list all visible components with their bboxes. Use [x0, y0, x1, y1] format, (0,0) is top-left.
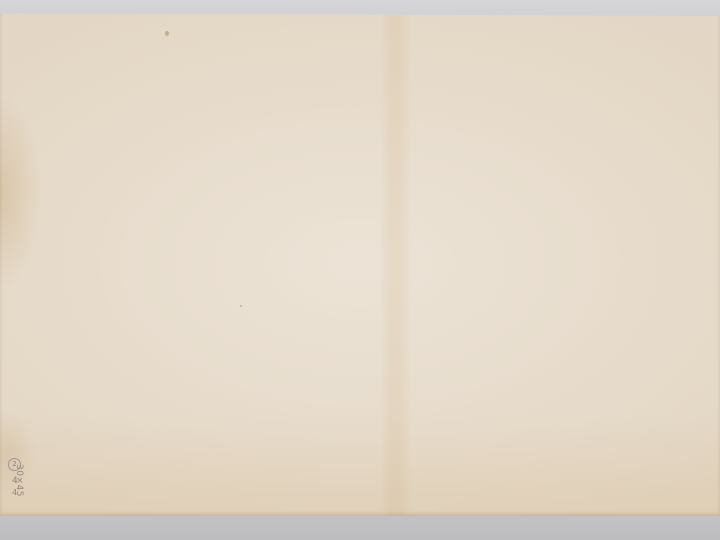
- paper-sheet: [0, 13, 720, 516]
- paper-speck: [240, 305, 242, 307]
- pencil-mark: 4: [12, 488, 17, 497]
- pencil-annotation: 2 30×45 4 4: [8, 452, 48, 502]
- pencil-mark: 4: [12, 476, 18, 486]
- background-surface-bottom: [0, 514, 720, 540]
- paper-speck: [165, 31, 169, 36]
